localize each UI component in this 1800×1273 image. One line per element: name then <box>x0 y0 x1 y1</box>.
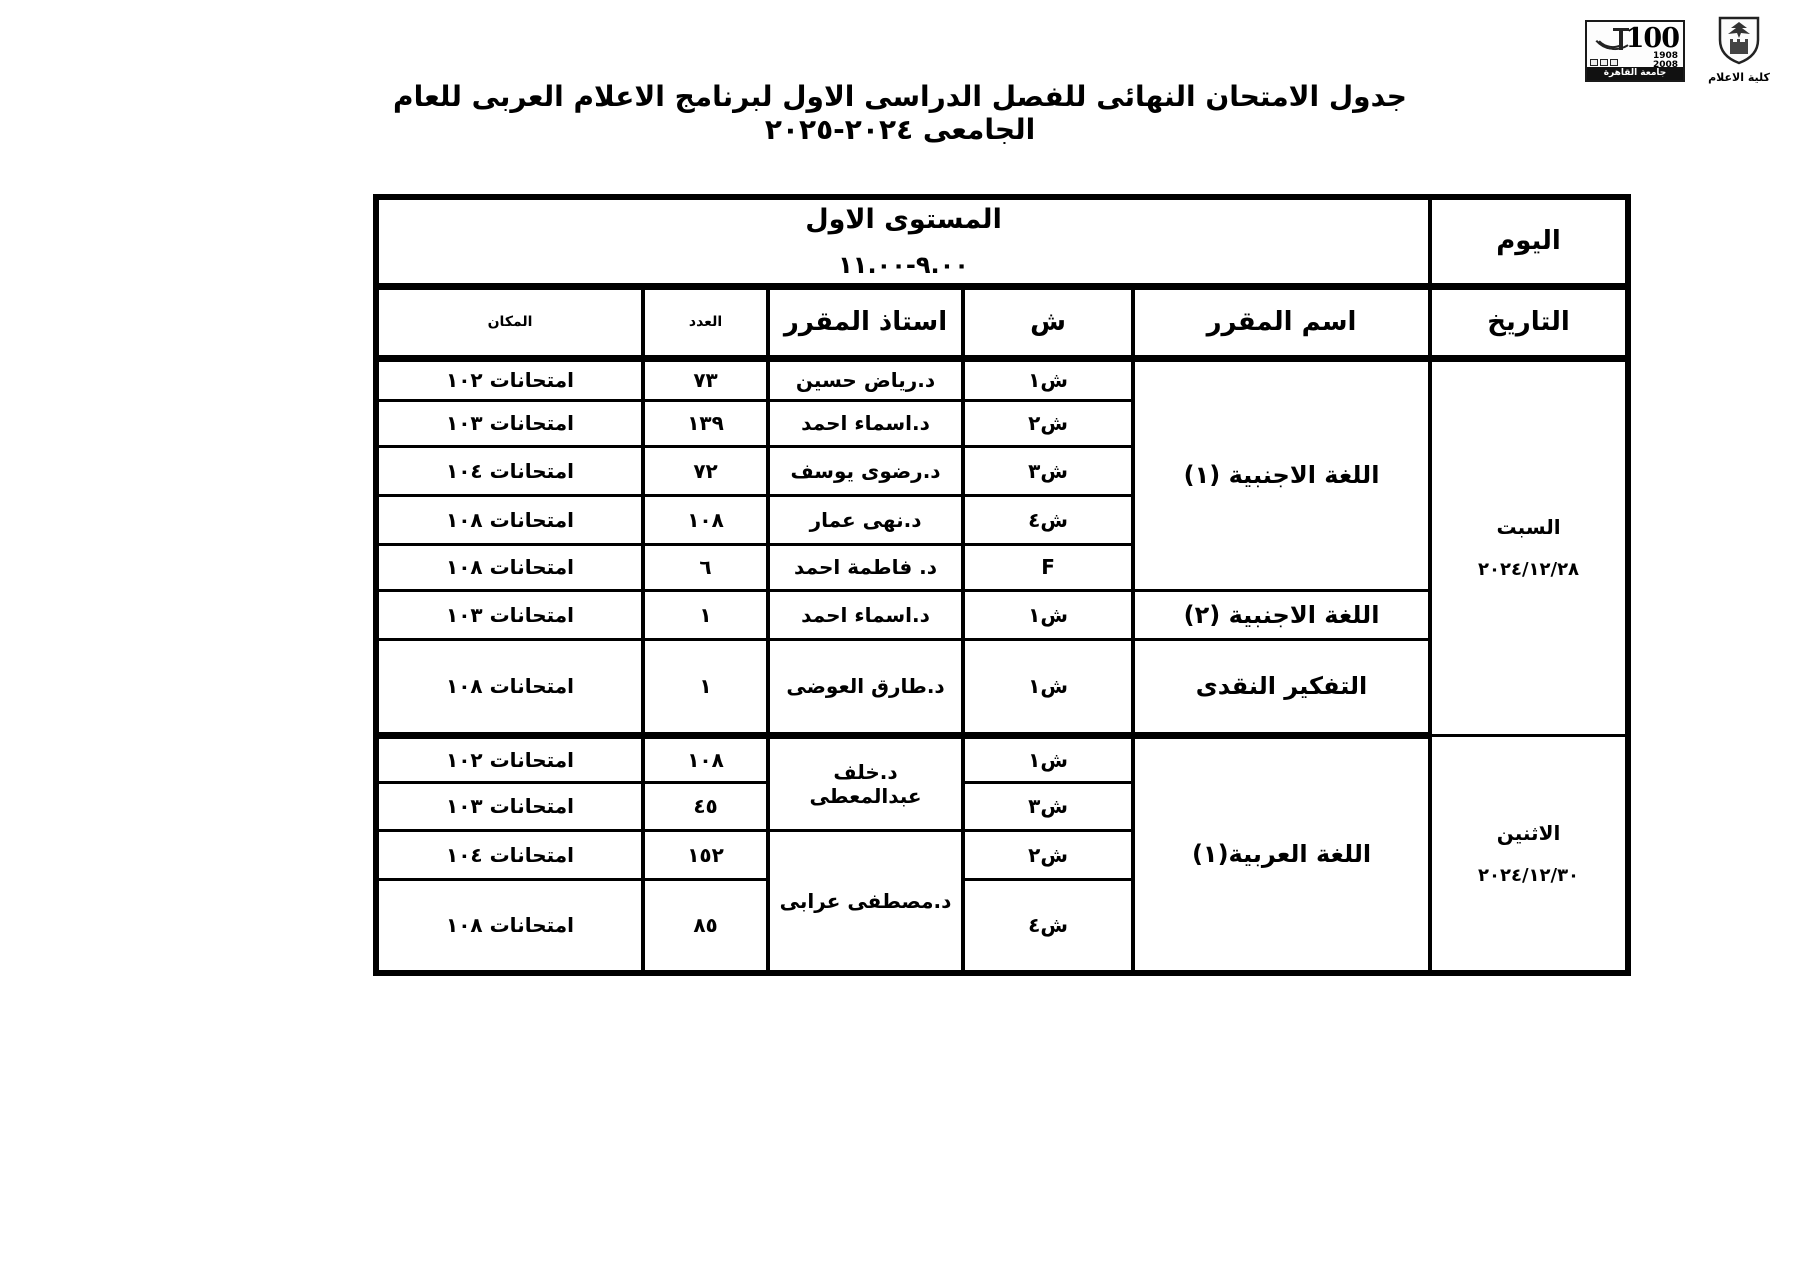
faculty-name: كلية الاعلام <box>1708 71 1770 84</box>
professor-cell: د.طارق العوضى <box>768 639 963 735</box>
count-cell: ٧٣ <box>643 358 768 400</box>
university-name-bar: جامعة القاهرة <box>1587 67 1683 80</box>
place-cell: امتحانات ١٠٣ <box>376 590 643 639</box>
header-place: المكان <box>376 286 643 358</box>
day-date: ٢٠٢٤/١٢/٣٠ <box>1436 865 1621 886</box>
header-professor: استاذ المقرر <box>768 286 963 358</box>
faculty-shield-logo: كلية الاعلام <box>1708 16 1770 86</box>
place-cell: امتحانات ١٠٨ <box>376 639 643 735</box>
university-centennial-logo: 100 1908 2008 جامعة القاهرة <box>1585 20 1685 82</box>
centennial-number: 100 <box>1626 26 1679 52</box>
building-icon <box>1730 42 1748 54</box>
section-cell: ش٢ <box>963 830 1133 879</box>
course-cell: اللغة الاجنبية (١) <box>1133 358 1430 590</box>
professor-cell: د.رياض حسين <box>768 358 963 400</box>
count-cell: ١٠٨ <box>643 735 768 782</box>
exam-time-range: ٩.٠٠-١١.٠٠ <box>383 251 1424 279</box>
day-cell: الاثنين ٢٠٢٤/١٢/٣٠ <box>1430 735 1628 973</box>
place-cell: امتحانات ١٠٨ <box>376 879 643 973</box>
professor-cell: د.اسماء احمد <box>768 590 963 639</box>
count-cell: ٨٥ <box>643 879 768 973</box>
day-cell: السبت ٢٠٢٤/١٢/٢٨ <box>1430 358 1628 735</box>
professor-cell: د.نهى عمار <box>768 495 963 544</box>
count-cell: ٤٥ <box>643 782 768 830</box>
course-cell: اللغة الاجنبية (٢) <box>1133 590 1430 639</box>
count-cell: ١٣٩ <box>643 400 768 446</box>
section-cell: ش١ <box>963 590 1133 639</box>
professor-cell: د.اسماء احمد <box>768 400 963 446</box>
section-cell: ش٣ <box>963 446 1133 495</box>
header-date: التاريخ <box>1430 286 1628 358</box>
logo-window-boxes <box>1590 59 1618 66</box>
count-cell: ٧٢ <box>643 446 768 495</box>
section-cell: ش٣ <box>963 782 1133 830</box>
day-name: السبت <box>1436 515 1621 539</box>
page-title: جدول الامتحان النهائى للفصل الدراسى الاو… <box>360 80 1440 146</box>
section-cell: ش٤ <box>963 879 1133 973</box>
professor-cell: د.خلف عبدالمعطى <box>768 735 963 830</box>
header-course-name: اسم المقرر <box>1133 286 1430 358</box>
place-cell: امتحانات ١٠٢ <box>376 735 643 782</box>
section-cell: F <box>963 544 1133 590</box>
level-title: المستوى الاول <box>383 204 1424 235</box>
place-cell: امتحانات ١٠٤ <box>376 830 643 879</box>
count-cell: ١ <box>643 639 768 735</box>
place-cell: امتحانات ١٠٣ <box>376 782 643 830</box>
place-cell: امتحانات ١٠٣ <box>376 400 643 446</box>
day-name: الاثنين <box>1436 821 1621 845</box>
day-date: ٢٠٢٤/١٢/٢٨ <box>1436 559 1621 580</box>
document-page: 100 1908 2008 جامعة القاهرة كلية الاعلام… <box>0 0 1800 1273</box>
section-cell: ش١ <box>963 358 1133 400</box>
count-cell: ١ <box>643 590 768 639</box>
section-cell: ش١ <box>963 735 1133 782</box>
professor-cell: د.مصطفى عرابى <box>768 830 963 973</box>
professor-cell: د.رضوى يوسف <box>768 446 963 495</box>
section-cell: ش٤ <box>963 495 1133 544</box>
course-cell: التفكير النقدى <box>1133 639 1430 735</box>
place-cell: امتحانات ١٠٨ <box>376 495 643 544</box>
header-count: العدد <box>643 286 768 358</box>
header-level: المستوى الاول ٩.٠٠-١١.٠٠ <box>376 197 1430 286</box>
professor-cell: د. فاطمة احمد <box>768 544 963 590</box>
header-day: اليوم <box>1430 197 1628 286</box>
count-cell: ١٥٢ <box>643 830 768 879</box>
course-cell: اللغة العربية(١) <box>1133 735 1430 973</box>
count-cell: ١٠٨ <box>643 495 768 544</box>
section-cell: ش٢ <box>963 400 1133 446</box>
place-cell: امتحانات ١٠٢ <box>376 358 643 400</box>
count-cell: ٦ <box>643 544 768 590</box>
place-cell: امتحانات ١٠٨ <box>376 544 643 590</box>
place-cell: امتحانات ١٠٤ <box>376 446 643 495</box>
section-cell: ش١ <box>963 639 1133 735</box>
header-section: ش <box>963 286 1133 358</box>
exam-schedule-table: اليوم المستوى الاول ٩.٠٠-١١.٠٠ التاريخ ا… <box>373 194 1631 976</box>
shield-icon <box>1716 16 1762 66</box>
